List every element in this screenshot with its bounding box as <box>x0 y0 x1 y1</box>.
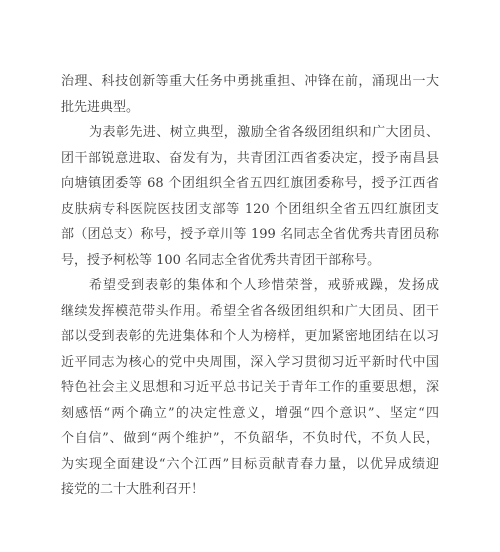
text-line: 为表彰先进、树立典型，激励全省各级团组织和广大团员、 <box>61 120 439 146</box>
document-body: 治理、科技创新等重大任务中勇挑重担、冲锋在前，涌现出一大批先进典型。为表彰先进、… <box>61 69 439 503</box>
text-line: 部（团总支）称号，授予章川等 199 名同志全省优秀共青团员称 <box>61 222 439 248</box>
text-line: 号，授予柯松等 100 名同志全省优秀共青团干部称号。 <box>61 248 439 274</box>
text-line: 近平同志为核心的党中央周围，深入学习贯彻习近平新时代中国 <box>61 350 439 376</box>
text-line: 个自信”、做到“两个维护”，不负韶华，不负时代，不负人民， <box>61 426 439 452</box>
text-line: 治理、科技创新等重大任务中勇挑重担、冲锋在前，涌现出一大 <box>61 69 439 95</box>
text-line: 继续发挥模范带头作用。希望全省各级团组织和广大团员、团干 <box>61 299 439 325</box>
paragraph: 治理、科技创新等重大任务中勇挑重担、冲锋在前，涌现出一大批先进典型。 <box>61 69 439 120</box>
text-line: 接党的二十大胜利召开！ <box>61 477 439 503</box>
paragraph: 为表彰先进、树立典型，激励全省各级团组织和广大团员、团干部锐意进取、奋发有为，共… <box>61 120 439 273</box>
text-line: 批先进典型。 <box>61 95 439 121</box>
text-line: 向塘镇团委等 68 个团组织全省五四红旗团委称号，授予江西省 <box>61 171 439 197</box>
text-line: 刻感悟“两个确立”的决定性意义，增强“四个意识”、坚定“四 <box>61 401 439 427</box>
text-line: 部以受到表彰的先进集体和个人为榜样，更加紧密地团结在以习 <box>61 324 439 350</box>
text-line: 皮肤病专科医院医技团支部等 120 个团组织全省五四红旗团支 <box>61 197 439 223</box>
paragraph: 希望受到表彰的集体和个人珍惜荣誉，戒骄戒躁，发扬成绩，继续发挥模范带头作用。希望… <box>61 273 439 503</box>
text-line: 团干部锐意进取、奋发有为，共青团江西省委决定，授予南昌县 <box>61 146 439 172</box>
text-line: 特色社会主义思想和习近平总书记关于青年工作的重要思想，深 <box>61 375 439 401</box>
text-line: 为实现全面建设“六个江西”目标贡献青春力量，以优异成绩迎 <box>61 452 439 478</box>
text-line: 希望受到表彰的集体和个人珍惜荣誉，戒骄戒躁，发扬成绩， <box>61 273 439 299</box>
document-page: 治理、科技创新等重大任务中勇挑重担、冲锋在前，涌现出一大批先进典型。为表彰先进、… <box>0 0 500 552</box>
